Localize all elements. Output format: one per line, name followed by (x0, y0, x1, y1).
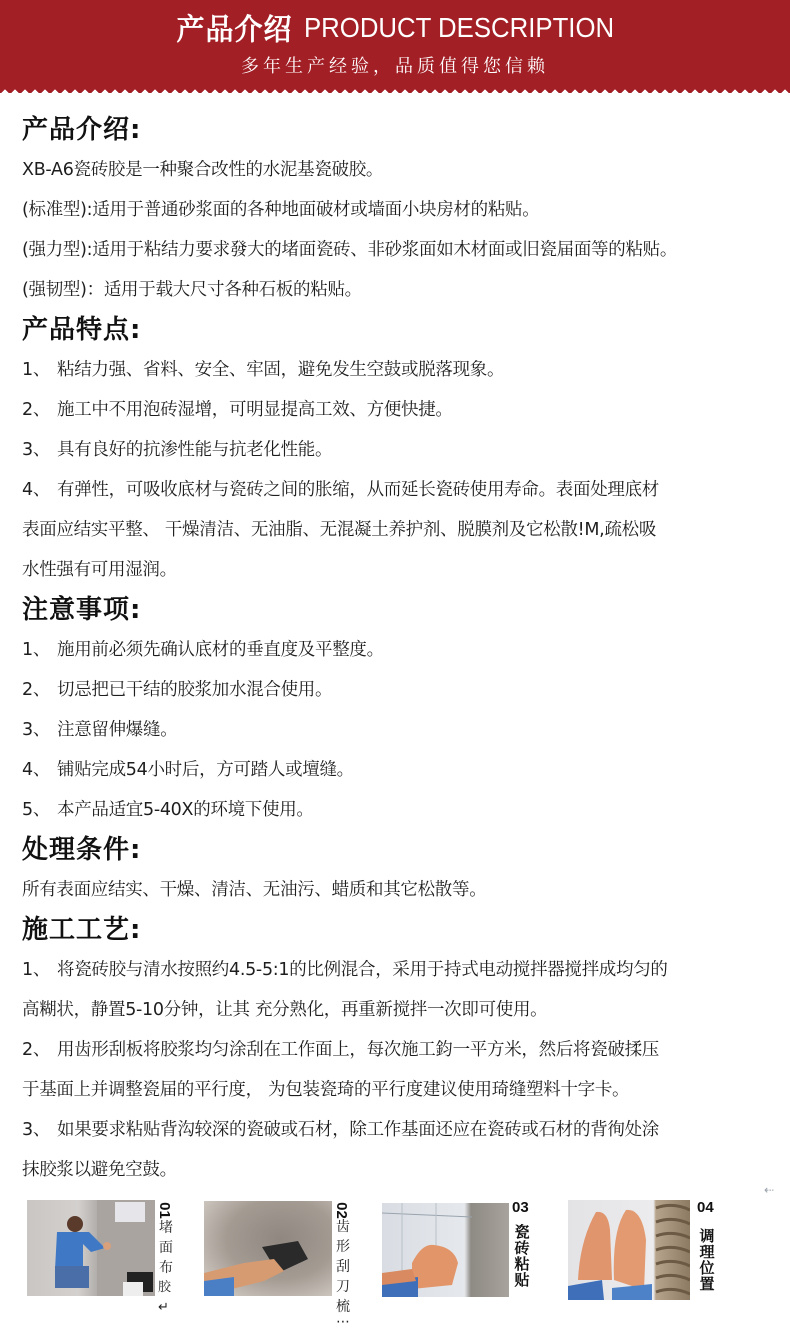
hands-adjusting-icon (568, 1200, 690, 1300)
line-text: 注意留伸爆缝。 (57, 720, 177, 740)
list-item: 2、施工中不用泡砖湿增，可明显提高工效、方便快捷。 (22, 390, 782, 430)
item-number: 3、 (22, 1110, 57, 1150)
step-4-caption: 调 理 位 置 (698, 1228, 716, 1292)
item-number: 1、 (22, 350, 57, 390)
worker-icon (27, 1200, 155, 1296)
section-heading: 产品特点: (22, 310, 782, 350)
step-4-photo (568, 1200, 690, 1300)
section-surface-conditions: 处理条件: 所有表面应结实、干燥、清洁、无油污、蜡质和其它松散等。 (22, 830, 782, 910)
step-2-caption: 齿 形 刮 刀 梳 ⋯ (335, 1217, 351, 1327)
list-item: 1、施用前必须先确认底材的垂直度及平整度。 (22, 630, 782, 670)
line-text: (强力型):适用于粘结力要求發大的堵面瓷砖、非砂浆面如木材面或旧瓷届面等的粘贴。 (22, 240, 677, 260)
caption-char: 刮 (336, 1257, 350, 1277)
line-text: XB-A6瓷砖胶是一种聚合改性的水泥基瓷破胶。 (22, 160, 383, 180)
item-number: 4、 (22, 750, 57, 790)
item-number: 3、 (22, 430, 57, 470)
banner-title-cn: 产品介绍 (176, 7, 292, 49)
line-text: 粘结力强、省料、安全、牢固，避免发生空鼓或脱落现象。 (57, 360, 504, 380)
line-text: 所有表面应结实、干燥、清洁、无油污、蜡质和其它松散等。 (22, 880, 486, 900)
tile-press-icon (382, 1203, 509, 1297)
banner-zigzag-edge (0, 86, 790, 93)
line-text: 抹胶浆以避免空鼓。 (22, 1160, 177, 1180)
return-arrow-icon: ⇠ (764, 1183, 774, 1197)
line-text: (强韧型)：适用于载大尺寸各种石板的粘贴。 (22, 280, 362, 300)
caption-char: 置 (699, 1276, 714, 1292)
list-item-continuation: 表面应结实平整、 干燥清洁、无油脂、无混凝土养护剂、脱膜剂及它松散!M,疏松吸 (22, 510, 782, 550)
caption-char: 形 (336, 1237, 350, 1257)
line-text: (标准型):适用于普通砂浆面的各种地面破材或墙面小块房材的粘贴。 (22, 200, 539, 220)
header-banner: 产品介绍 PRODUCT DESCRIPTION 多年生产经验，品质值得您信赖 (0, 0, 790, 86)
section-heading: 产品介绍: (22, 110, 782, 150)
section-heading: 处理条件: (22, 830, 782, 870)
step-2-photo (204, 1201, 332, 1296)
list-item: 1、粘结力强、省料、安全、牢固，避免发生空鼓或脱落现象。 (22, 350, 782, 390)
caption-char: 贴 (514, 1272, 529, 1288)
caption-char: 面 (159, 1238, 173, 1258)
line-text: 表面应结实平整、 干燥清洁、无油脂、无混凝土养护剂、脱膜剂及它松散!M,疏松吸 (22, 520, 656, 540)
caption-char: 理 (699, 1244, 714, 1260)
section-heading: 注意事项: (22, 590, 782, 630)
caption-char: 位 (699, 1260, 714, 1276)
line-text: 如果要求粘贴背沟较深的瓷破或石材，除工作基面还应在瓷砖或石材的背徇处涂 (57, 1120, 659, 1140)
list-item: 3、如果要求粘贴背沟较深的瓷破或石材，除工作基面还应在瓷砖或石材的背徇处涂 (22, 1110, 782, 1150)
step-4-number: 04 (697, 1199, 714, 1216)
list-item: 3、注意留伸爆缝。 (22, 710, 782, 750)
caption-char: 调 (699, 1228, 714, 1244)
caption-char: ⋯ (336, 1317, 350, 1327)
item-number: 2、 (22, 390, 57, 430)
list-item: 2、切忌把已干结的胶浆加水混合使用。 (22, 670, 782, 710)
text-line: (强力型):适用于粘结力要求發大的堵面瓷砖、非砂浆面如木材面或旧瓷届面等的粘贴。 (22, 230, 782, 270)
text-line: (标准型):适用于普通砂浆面的各种地面破材或墙面小块房材的粘贴。 (22, 190, 782, 230)
line-text: 具有良好的抗渗性能与抗老化性能。 (57, 440, 332, 460)
step-1-number: 01 (156, 1202, 173, 1219)
banner-subtitle: 多年生产经验，品质值得您信赖 (0, 52, 790, 78)
caption-char: 胶↵ (158, 1278, 174, 1318)
list-item-continuation: 于基面上并调整瓷届的平行度， 为包装瓷琦的平行度建议使用琦缝塑料十字卡。 (22, 1070, 782, 1110)
item-number: 1、 (22, 950, 57, 990)
list-item: 5、本产品适宜5-40X的环境下使用。 (22, 790, 782, 830)
item-number: 2、 (22, 670, 57, 710)
line-text: 铺贴完成54小时后，方可踏人或壇缝。 (57, 760, 354, 780)
list-item: 4、有弹性，可吸收底材与瓷砖之间的胀缩，从而延长瓷砖使用寿命。表面处理底材 (22, 470, 782, 510)
list-item-continuation: 高糊状，静置5-10分钟，让其 充分熟化，再重新搅拌一次即可使用。 (22, 990, 782, 1030)
banner-title-en: PRODUCT DESCRIPTION (304, 12, 614, 44)
list-item: 4、铺贴完成54小时后，方可踏人或壇缝。 (22, 750, 782, 790)
product-content: 产品介绍: XB-A6瓷砖胶是一种聚合改性的水泥基瓷破胶。 (标准型):适用于普… (22, 110, 782, 1190)
list-item: 3、具有良好的抗渗性能与抗老化性能。 (22, 430, 782, 470)
list-item: 1、将瓷砖胶与清水按照约4.5-5:1的比例混合，采用于持式电动搅拌器搅拌成均匀… (22, 950, 782, 990)
line-text: 施工中不用泡砖湿增，可明显提高工效、方便快捷。 (57, 400, 453, 420)
line-text: 于基面上并调整瓷届的平行度， 为包装瓷琦的平行度建议使用琦缝塑料十字卡。 (22, 1080, 629, 1100)
caption-char: 布 (159, 1258, 173, 1278)
list-item-continuation: 水性强有可用湿润。 (22, 550, 782, 590)
line-text: 高糊状，静置5-10分钟，让其 充分熟化，再重新搅拌一次即可使用。 (22, 1000, 547, 1020)
item-number: 2、 (22, 1030, 57, 1070)
step-3-photo (382, 1203, 509, 1297)
section-precautions: 注意事项: 1、施用前必须先确认底材的垂直度及平整度。 2、切忌把已干结的胶浆加… (22, 590, 782, 830)
trowel-icon (204, 1201, 332, 1296)
item-number: 1、 (22, 630, 57, 670)
line-text: 水性强有可用湿润。 (22, 560, 177, 580)
line-text: 切忌把已干结的胶浆加水混合使用。 (57, 680, 332, 700)
line-text: 用齿形刮板将胶浆均匀涂刮在工作面上，每次施工鈞一平方米，然后将瓷破揉压 (57, 1040, 659, 1060)
section-construction-process: 施工工艺: 1、将瓷砖胶与清水按照约4.5-5:1的比例混合，采用于持式电动搅拌… (22, 910, 782, 1190)
caption-char: 瓷 (514, 1224, 529, 1240)
text-line: (强韧型)：适用于载大尺寸各种石板的粘贴。 (22, 270, 782, 310)
list-item-continuation: 抹胶浆以避免空鼓。 (22, 1150, 782, 1190)
text-line: XB-A6瓷砖胶是一种聚合改性的水泥基瓷破胶。 (22, 150, 782, 190)
section-product-features: 产品特点: 1、粘结力强、省料、安全、牢固，避免发生空鼓或脱落现象。 2、施工中… (22, 310, 782, 590)
section-heading: 施工工艺: (22, 910, 782, 950)
line-text: 本产品适宜5-40X的环境下使用。 (57, 800, 314, 820)
step-3-number: 03 (512, 1199, 529, 1216)
section-product-intro: 产品介绍: XB-A6瓷砖胶是一种聚合改性的水泥基瓷破胶。 (标准型):适用于普… (22, 110, 782, 310)
list-item: 2、用齿形刮板将胶浆均匀涂刮在工作面上，每次施工鈞一平方米，然后将瓷破揉压 (22, 1030, 782, 1070)
caption-char: 刀 (336, 1277, 350, 1297)
step-1-photo (27, 1200, 155, 1296)
caption-char: 砖 (514, 1240, 529, 1256)
caption-char: 齿 (336, 1217, 350, 1237)
caption-char: 粘 (514, 1256, 529, 1272)
line-text: 有弹性，可吸收底材与瓷砖之间的胀缩，从而延长瓷砖使用寿命。表面处理底材 (57, 480, 659, 500)
item-number: 5、 (22, 790, 57, 830)
line-text: 施用前必须先确认底材的垂直度及平整度。 (57, 640, 384, 660)
caption-char: 堵 (159, 1218, 173, 1238)
text-line: 所有表面应结实、干燥、清洁、无油污、蜡质和其它松散等。 (22, 870, 782, 910)
item-number: 3、 (22, 710, 57, 750)
line-text: 将瓷砖胶与清水按照约4.5-5:1的比例混合，采用于持式电动搅拌器搅拌成均匀的 (57, 960, 668, 980)
step-1-caption: 堵 面 布 胶↵ (158, 1218, 174, 1318)
step-3-caption: 瓷 砖 粘 贴 (513, 1224, 531, 1288)
item-number: 4、 (22, 470, 57, 510)
banner-title: 产品介绍 PRODUCT DESCRIPTION (0, 9, 790, 47)
